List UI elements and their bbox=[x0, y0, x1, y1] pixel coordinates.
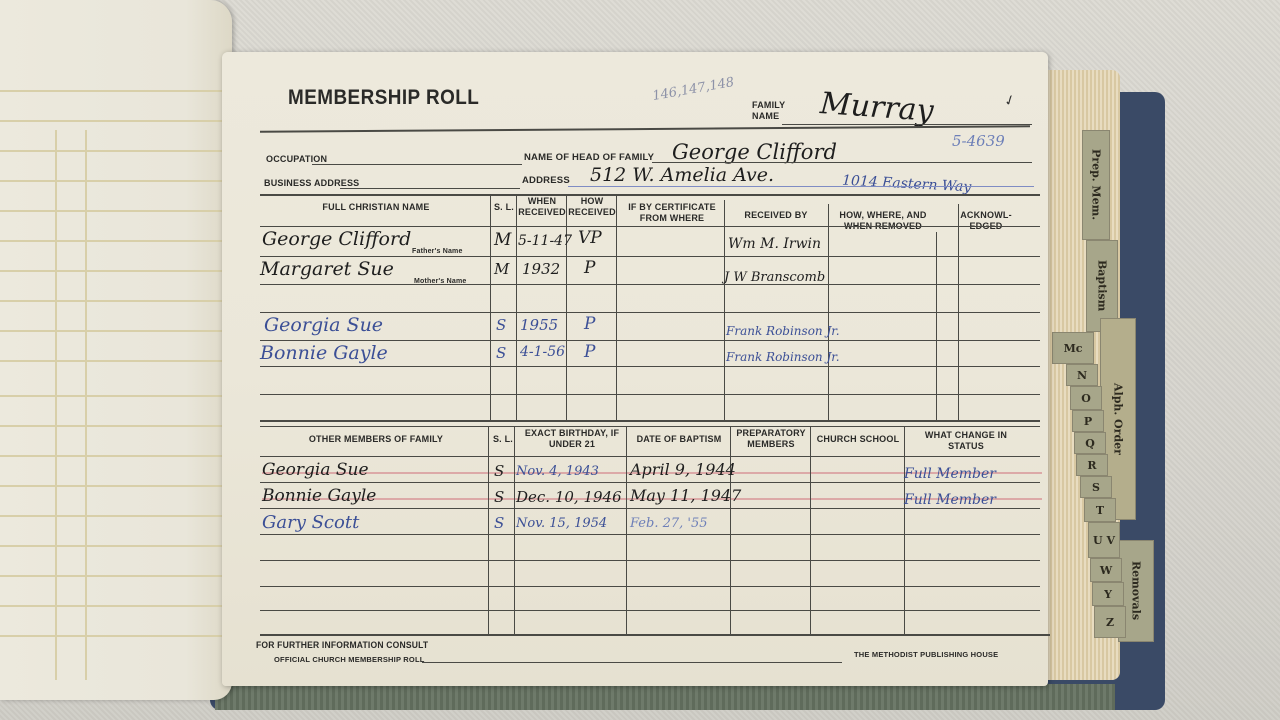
member-when-received[interactable]: 5-11-47 bbox=[518, 233, 572, 249]
header-sl: S. L. bbox=[492, 202, 516, 212]
family-member-birthday[interactable]: Dec. 10, 1946 bbox=[516, 488, 622, 506]
header-acknowledged: ACKNOWL-EDGED bbox=[960, 210, 1012, 232]
header-certificate: IF BY CERTIFICATE FROM WHERE bbox=[620, 202, 724, 224]
letter-tab-t[interactable]: T bbox=[1084, 498, 1116, 522]
family-member-name[interactable]: Gary Scott bbox=[262, 512, 359, 533]
footer-consult-line-1: FOR FURTHER INFORMATION CONSULT bbox=[256, 640, 428, 650]
header-birthday: EXACT BIRTHDAY, IF UNDER 21 bbox=[518, 428, 626, 450]
family-member-sl[interactable]: S bbox=[494, 462, 504, 480]
member-how-received[interactable]: P bbox=[584, 258, 595, 278]
occupation-label: OCCUPATION bbox=[266, 154, 327, 164]
book-binding-edge bbox=[215, 684, 1115, 710]
header-other-members: OTHER MEMBERS OF FAMILY bbox=[262, 434, 490, 444]
header-preparatory: PREPARATORY MEMBERS bbox=[732, 428, 810, 450]
family-member-sl[interactable]: S bbox=[494, 514, 504, 532]
member-how-received[interactable]: P bbox=[584, 342, 595, 362]
publisher-imprint: THE METHODIST PUBLISHING HOUSE bbox=[854, 650, 998, 659]
letter-tab-z[interactable]: Z bbox=[1094, 606, 1126, 638]
member-received-by[interactable]: Frank Robinson Jr. bbox=[726, 324, 840, 338]
member-received-by[interactable]: Wm M. Irwin bbox=[728, 236, 821, 252]
header-full-christian-name: FULL CHRISTIAN NAME bbox=[262, 202, 490, 212]
member-how-received[interactable]: P bbox=[584, 314, 595, 334]
record-number: 5-4639 bbox=[952, 132, 1005, 150]
margin-note: 146,147,148 bbox=[651, 75, 735, 104]
header-received-by: RECEIVED BY bbox=[726, 210, 826, 220]
family-member-baptism[interactable]: April 9, 1944 bbox=[630, 460, 736, 479]
member-sl[interactable]: S bbox=[496, 316, 506, 334]
letter-tab-q[interactable]: Q bbox=[1074, 432, 1106, 454]
member-when-received[interactable]: 1955 bbox=[520, 316, 558, 334]
letter-tab-n[interactable]: N bbox=[1066, 364, 1098, 386]
family-member-birthday[interactable]: Nov. 4, 1943 bbox=[516, 464, 599, 479]
family-name-value[interactable]: Murray bbox=[819, 86, 935, 129]
mothers-name-label: Mother's Name bbox=[414, 278, 467, 285]
member-sl[interactable]: S bbox=[496, 344, 506, 362]
member-name[interactable]: Georgia Sue bbox=[264, 314, 383, 336]
fathers-name-label: Father's Name bbox=[412, 248, 463, 255]
member-name[interactable]: Margaret Sue bbox=[260, 258, 394, 280]
member-name[interactable]: Bonnie Gayle bbox=[260, 342, 388, 364]
header-when-received: WHEN RECEIVED bbox=[518, 196, 566, 218]
letter-tab-mc[interactable]: Mc bbox=[1052, 332, 1094, 364]
family-member-status[interactable]: Full Member bbox=[904, 492, 996, 508]
family-member-sl[interactable]: S bbox=[494, 488, 504, 506]
letter-tab-r[interactable]: R bbox=[1076, 454, 1108, 476]
member-sl[interactable]: M bbox=[494, 230, 511, 250]
address-value[interactable]: 512 W. Amelia Ave. bbox=[590, 164, 774, 186]
family-member-name[interactable]: Georgia Sue bbox=[262, 460, 369, 480]
letter-tab-p[interactable]: P bbox=[1072, 410, 1104, 432]
head-of-family-value[interactable]: George Clifford bbox=[672, 140, 837, 164]
letter-tab-uv[interactable]: U V bbox=[1088, 522, 1120, 558]
footer-consult-line-2: OFFICIAL CHURCH MEMBERSHIP ROLL bbox=[274, 655, 425, 664]
header-removed: HOW, WHERE, AND WHEN REMOVED bbox=[828, 210, 938, 232]
member-when-received[interactable]: 1932 bbox=[522, 260, 560, 278]
member-sl[interactable]: M bbox=[494, 260, 509, 278]
membership-roll-page: MEMBERSHIP ROLL 146,147,148 FAMILY NAME … bbox=[222, 52, 1048, 686]
left-facing-page bbox=[0, 0, 232, 700]
member-received-by[interactable]: Frank Robinson Jr. bbox=[726, 350, 840, 364]
header-status-change: WHAT CHANGE IN STATUS bbox=[906, 430, 1026, 452]
family-member-status[interactable]: Full Member bbox=[904, 466, 996, 482]
header-how-received: HOW RECEIVED bbox=[568, 196, 616, 218]
header-church-school: CHURCH SCHOOL bbox=[812, 434, 904, 444]
header-sl: S. L. bbox=[490, 434, 516, 444]
family-name-label: FAMILY NAME bbox=[752, 100, 790, 122]
address-label: ADDRESS bbox=[522, 175, 570, 186]
form-title: MEMBERSHIP ROLL bbox=[288, 86, 479, 110]
letter-tab-o[interactable]: O bbox=[1070, 386, 1102, 410]
index-tab-prep-mem[interactable]: Prep. Mem. bbox=[1082, 130, 1110, 240]
letter-tab-s[interactable]: S bbox=[1080, 476, 1112, 498]
family-member-baptism[interactable]: May 11, 1947 bbox=[630, 486, 741, 505]
letter-tab-w[interactable]: W bbox=[1090, 558, 1122, 582]
letter-tab-y[interactable]: Y bbox=[1092, 582, 1124, 606]
member-when-received[interactable]: 4-1-56 bbox=[520, 344, 565, 360]
family-member-name[interactable]: Bonnie Gayle bbox=[262, 486, 376, 506]
check-mark-icon: ✓ bbox=[1001, 91, 1018, 111]
member-name[interactable]: George Clifford bbox=[262, 228, 411, 250]
business-address-label: BUSINESS ADDRESS bbox=[264, 178, 359, 188]
address-value-2[interactable]: 1014 Eastern Way bbox=[842, 173, 972, 196]
header-baptism: DATE OF BAPTISM bbox=[628, 434, 730, 444]
member-received-by[interactable]: J W Branscomb bbox=[724, 270, 825, 285]
member-how-received[interactable]: VP bbox=[578, 228, 602, 248]
family-member-birthday[interactable]: Nov. 15, 1954 bbox=[516, 516, 607, 531]
head-of-family-label: NAME OF HEAD OF FAMILY bbox=[524, 152, 654, 163]
family-member-baptism[interactable]: Feb. 27, '55 bbox=[630, 516, 708, 531]
